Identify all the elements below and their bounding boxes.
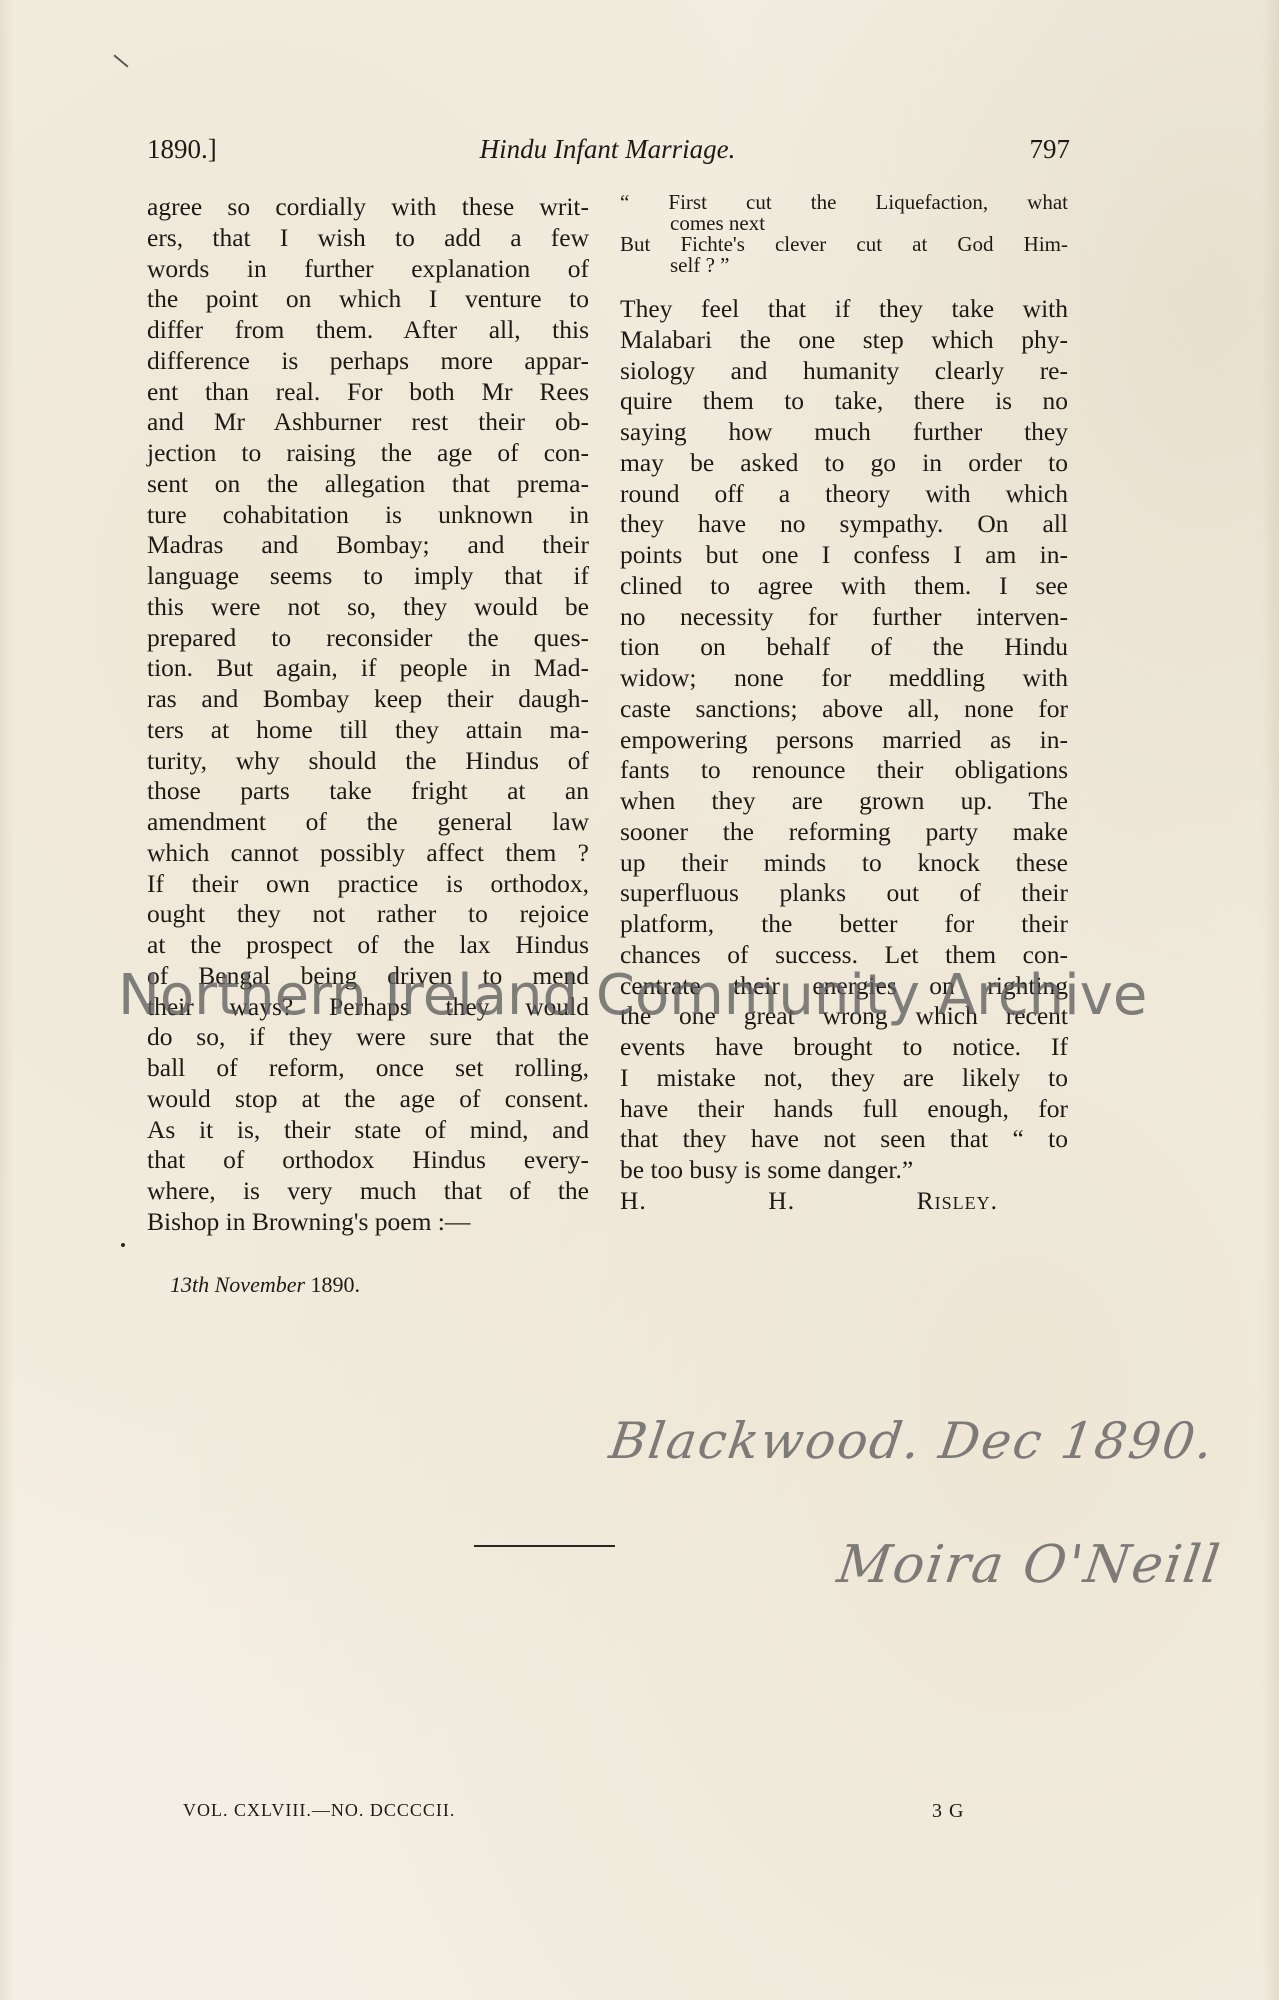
text-line: If their own practice is orthodox, <box>147 869 589 900</box>
text-line: they have no sympathy. On all <box>620 509 1068 540</box>
text-line: saying how much further they <box>620 417 1068 448</box>
text-line: chances of success. Let them con- <box>620 940 1068 971</box>
text-line: when they are grown up. The <box>620 786 1068 817</box>
text-line: have their hands full enough, for <box>620 1094 1068 1125</box>
corner-mark <box>113 54 128 67</box>
text-line: Malabari the one step which phy- <box>620 325 1068 356</box>
verse-line: comes next <box>620 213 1068 234</box>
text-line: quire them to take, there is no <box>620 386 1068 417</box>
text-line: widow; none for meddling with <box>620 663 1068 694</box>
text-line: difference is perhaps more appar- <box>147 346 589 377</box>
text-line: events have brought to notice. If <box>620 1032 1068 1063</box>
text-line: ought they not rather to rejoice <box>147 899 589 930</box>
verse-line: “ First cut the Liquefaction, what <box>620 192 1068 213</box>
text-line: Bishop in Browning's poem :— <box>147 1207 589 1238</box>
text-line: up their minds to knock these <box>620 848 1068 879</box>
text-line: do so, if they were sure that the <box>147 1022 589 1053</box>
right-column: “ First cut the Liquefaction, what comes… <box>620 192 1068 1217</box>
text-line: jection to raising the age of con- <box>147 438 589 469</box>
margin-dot <box>121 1243 125 1247</box>
text-line: centrate their energies on righting <box>620 971 1068 1002</box>
text-line: may be asked to go in order to <box>620 448 1068 479</box>
text-line: words in further explanation of <box>147 254 589 285</box>
text-line: siology and humanity clearly re- <box>620 356 1068 387</box>
text-line: superfluous planks out of their <box>620 878 1068 909</box>
text-line: ball of reform, once set rolling, <box>147 1053 589 1084</box>
text-line: which cannot possibly affect them ? <box>147 838 589 869</box>
text-line: the point on which I venture to <box>147 284 589 315</box>
text-line: ers, that I wish to add a few <box>147 223 589 254</box>
text-line: would stop at the age of consent. <box>147 1084 589 1115</box>
text-line: tion. But again, if people in Mad- <box>147 653 589 684</box>
text-line: clined to agree with them. I see <box>620 571 1068 602</box>
handwritten-annotation-author: Moira O'Neill <box>834 1535 1225 1595</box>
text-line: sooner the reforming party make <box>620 817 1068 848</box>
text-line: tion on behalf of the Hindu <box>620 632 1068 663</box>
text-line: They feel that if they take with <box>620 294 1068 325</box>
text-line: ras and Bombay keep their daugh- <box>147 684 589 715</box>
text-line: their ways? Perhaps they would <box>147 992 589 1023</box>
text-line: that of orthodox Hindus every- <box>147 1145 589 1176</box>
text-line: I mistake not, they are likely to <box>620 1063 1068 1094</box>
text-line: no necessity for further interven- <box>620 602 1068 633</box>
text-line: this were not so, they would be <box>147 592 589 623</box>
date-year: 1890. <box>311 1272 361 1297</box>
footer-signature-mark: 3 G <box>932 1800 964 1823</box>
text-line: the one great wrong which recent <box>620 1001 1068 1032</box>
text-line: platform, the better for their <box>620 909 1068 940</box>
verse-quotation: “ First cut the Liquefaction, what comes… <box>620 192 1068 276</box>
verse-line: self ? ” <box>620 255 1068 276</box>
author-signature: H. H. Risley. <box>620 1186 1068 1217</box>
text-line: caste sanctions; above all, none for <box>620 694 1068 725</box>
text-line: ture cohabitation is unknown in <box>147 500 589 531</box>
page-number: 797 <box>1022 134 1070 165</box>
text-line: agree so cordially with these writ- <box>147 192 589 223</box>
left-column: agree so cordially with these writ-ers, … <box>147 192 589 1238</box>
text-line: prepared to reconsider the ques- <box>147 623 589 654</box>
text-line: As it is, their state of mind, and <box>147 1115 589 1146</box>
text-line: at the prospect of the lax Hindus <box>147 930 589 961</box>
text-line: and Mr Ashburner rest their ob- <box>147 407 589 438</box>
text-line: of Bengal being driven to mend <box>147 961 589 992</box>
text-line: where, is very much that of the <box>147 1176 589 1207</box>
section-rule <box>474 1545 615 1547</box>
text-line: differ from them. After all, this <box>147 315 589 346</box>
text-line: turity, why should the Hindus of <box>147 746 589 777</box>
text-line: fants to renounce their obligations <box>620 755 1068 786</box>
text-line: language seems to imply that if <box>147 561 589 592</box>
text-line: points but one I confess I am in- <box>620 540 1068 571</box>
text-line: that they have not seen that “ to <box>620 1124 1068 1155</box>
scanned-page: 1890.] Hindu Infant Marriage. 797 agree … <box>0 0 1279 2000</box>
text-line: sent on the allegation that prema- <box>147 469 589 500</box>
handwritten-annotation-source: Blackwood. Dec 1890. <box>606 1412 1219 1470</box>
text-line: round off a theory with which <box>620 479 1068 510</box>
date-month: November <box>215 1272 305 1297</box>
text-line: amendment of the general law <box>147 807 589 838</box>
text-line: empowering persons married as in- <box>620 725 1068 756</box>
text-line: those parts take fright at an <box>147 776 589 807</box>
text-line: ters at home till they attain ma- <box>147 715 589 746</box>
text-line: be too busy is some danger.” <box>620 1155 1068 1186</box>
dateline: 13th November 1890. <box>170 1272 360 1298</box>
right-column-body: They feel that if they take withMalabari… <box>620 294 1068 1186</box>
text-line: ent than real. For both Mr Rees <box>147 377 589 408</box>
text-line: Madras and Bombay; and their <box>147 530 589 561</box>
date-day: 13th <box>170 1272 209 1297</box>
verse-line: But Fichte's clever cut at God Him- <box>620 234 1068 255</box>
footer-volume: VOL. CXLVIII.—NO. DCCCCII. <box>183 1800 455 1821</box>
